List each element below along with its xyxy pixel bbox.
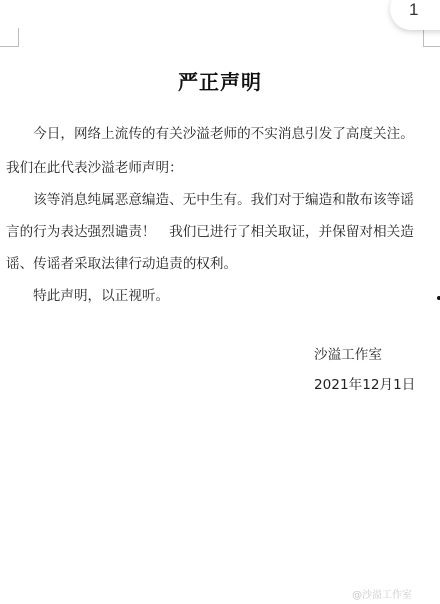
page-number: 1 — [409, 0, 418, 20]
signature: 沙溢工作室 — [314, 343, 382, 363]
body-line-1: 今日，网络上流传的有关沙溢老师的不实消息引发了高度关注。 — [6, 127, 426, 141]
weibo-watermark: @沙溢工作室 — [352, 586, 412, 601]
body-line-4: 言的行为表达强烈谴责！ 我们已进行了相关取证，并保留对相关造 — [6, 225, 426, 239]
page-corner-mark-left — [0, 28, 19, 47]
document-title: 严正声明 — [0, 66, 440, 95]
date: 2021年12月1日 — [314, 373, 415, 393]
page-number-badge: 1 — [390, 0, 440, 30]
body-line-3: 该等消息纯属恶意编造、无中生有。我们对于编造和散布该等谣 — [6, 193, 426, 207]
body-line-2: 我们在此代表沙溢老师声明： — [6, 161, 426, 175]
body-line-5: 谣、传谣者采取法律行动追责的权利。 — [6, 257, 426, 271]
page-corner-mark-right — [423, 30, 440, 47]
body-line-6: 特此声明，以正视听。 — [6, 289, 426, 303]
